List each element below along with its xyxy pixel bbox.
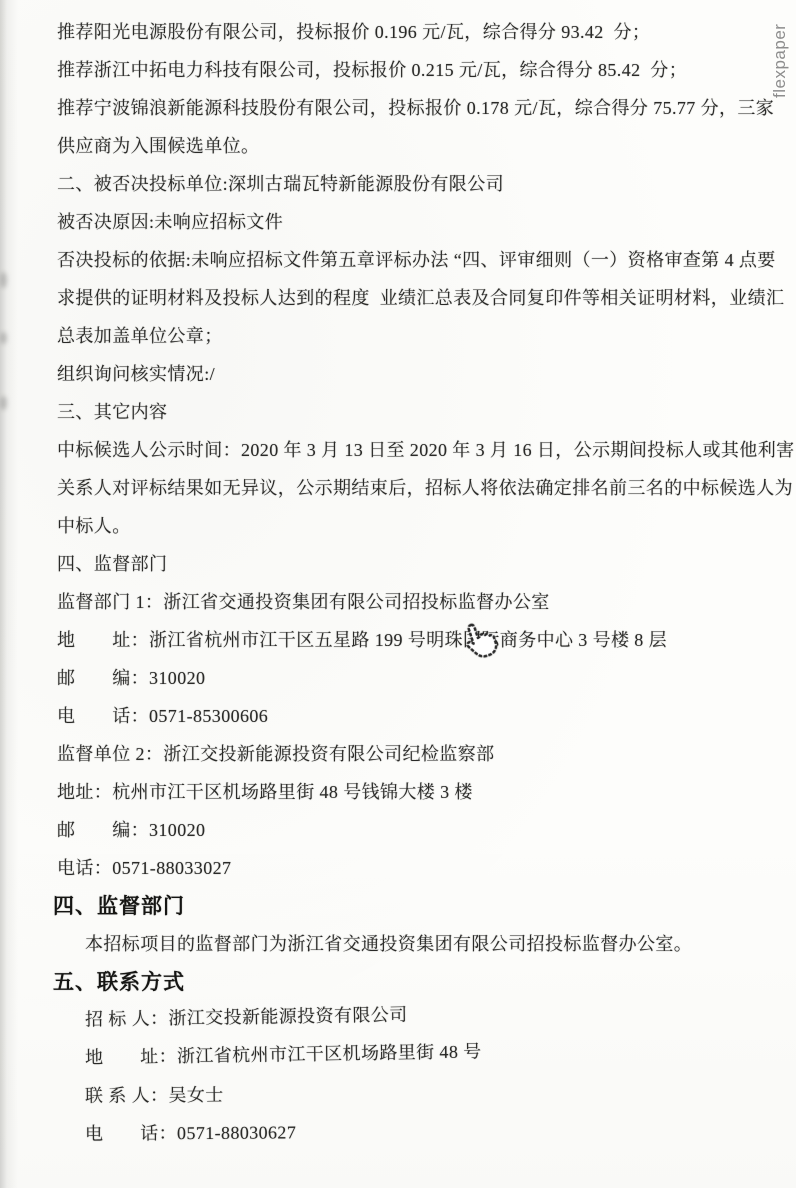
document-line: 联 系 人：吴女士 xyxy=(57,1071,763,1114)
document-line: 供应商为入围候选单位。 xyxy=(57,126,763,164)
document-line: 关系人对评标结果如无异议，公示期结束后，招标人将依法确定排名前三名的中标候选人为 xyxy=(57,468,763,506)
scan-artifact xyxy=(0,272,7,288)
document-line: 电话：0571-88033027 xyxy=(57,848,763,886)
document-line: 被否决原因:未响应招标文件 xyxy=(57,202,763,240)
document-line: 邮 编：310020 xyxy=(57,658,763,696)
document-line: 地址：杭州市江干区机场路里街 48 号钱锦大楼 3 楼 xyxy=(57,772,763,810)
document-line: 监督部门 1：浙江省交通投资集团有限公司招投标监督办公室 xyxy=(57,582,763,620)
document-line: 求提供的证明材料及投标人达到的程度 业绩汇总表及合同复印件等相关证明材料，业绩汇 xyxy=(57,278,763,316)
document-line: 推荐浙江中拓电力科技有限公司，投标报价 0.215 元/瓦，综合得分 85.42… xyxy=(57,50,763,88)
scan-artifact xyxy=(0,396,7,410)
document-line: 三、其它内容 xyxy=(57,392,763,430)
document-line: 监督单位 2：浙江交投新能源投资有限公司纪检监察部 xyxy=(57,734,763,772)
document-line: 推荐宁波锦浪新能源科技股份有限公司，投标报价 0.178 元/瓦，综合得分 75… xyxy=(57,88,763,126)
document-line: 四、监督部门 xyxy=(53,886,763,924)
scanned-document-page: { "colors": { "page_background": "#fdfdf… xyxy=(0,0,796,1188)
document-line: 组织询问核实情况:/ xyxy=(57,354,763,392)
document-line: 电 话：0571-85300606 xyxy=(57,696,763,734)
document-line: 四、监督部门 xyxy=(57,544,763,582)
document-line: 邮 编：310020 xyxy=(57,810,763,848)
document-line: 中标候选人公示时间：2020 年 3 月 13 日至 2020 年 3 月 16… xyxy=(57,430,763,468)
document-line: 电 话：0571-88030627 xyxy=(57,1109,763,1152)
document-line: 否决投标的依据:未响应招标文件第五章评标办法 “四、评审细则（一）资格审查第 4… xyxy=(57,240,763,278)
document-line: 地 址：浙江省杭州市江干区五星路 199 号明珠国际商务中心 3 号楼 8 层 xyxy=(57,620,763,658)
document-line: 二、被否决投标单位:深圳古瑞瓦特新能源股份有限公司 xyxy=(57,164,763,202)
document-line: 本招标项目的监督部门为浙江省交通投资集团有限公司招投标监督办公室。 xyxy=(57,924,763,962)
document-lines: 推荐阳光电源股份有限公司，投标报价 0.196 元/瓦，综合得分 93.42 分… xyxy=(57,12,763,1152)
flexpaper-watermark: flexpaper xyxy=(770,24,790,98)
document-line: 中标人。 xyxy=(57,506,763,544)
scan-artifact xyxy=(0,332,7,344)
document-line: 推荐阳光电源股份有限公司，投标报价 0.196 元/瓦，综合得分 93.42 分… xyxy=(57,12,763,50)
document-line: 总表加盖单位公章； xyxy=(57,316,763,354)
